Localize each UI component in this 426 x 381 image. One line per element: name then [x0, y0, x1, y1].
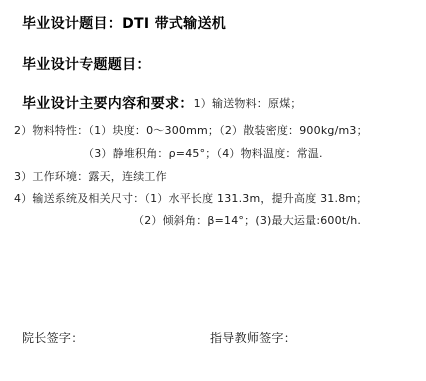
- requirement-item-2: 2）物料特性：（1）块度：0～300mm；（2）散装密度：900kg/m3；: [14, 122, 368, 138]
- project-title-value: DTI 带式输送机: [122, 16, 226, 32]
- requirement-item-3: 3）工作环境：露天，连续工作: [14, 168, 167, 184]
- requirement-item-4: 4）输送系统及相关尺寸：（1）水平长度 131.3m，提升高度 31.8m；: [14, 190, 368, 206]
- requirement-item-2-continued: （3）静堆积角：ρ=45°；（4）物料温度：常温.: [83, 145, 323, 161]
- assignment-sheet: 毕业设计题目：DTI 带式输送机 毕业设计专题题目： 毕业设计主要内容和要求：1…: [0, 0, 426, 381]
- advisor-signature-label: 指导教师签字：: [210, 329, 296, 346]
- dean-signature-label: 院长签字：: [22, 329, 84, 346]
- requirements-heading: 毕业设计主要内容和要求：: [22, 96, 194, 112]
- special-topic-label: 毕业设计专题题目：: [22, 57, 151, 73]
- main-requirements-heading-line: 毕业设计主要内容和要求：1）输送物料：原煤；: [22, 93, 302, 113]
- project-title-label: 毕业设计题目：: [22, 16, 122, 32]
- project-title-line: 毕业设计题目：DTI 带式输送机: [22, 13, 226, 33]
- requirement-item-4-continued: （2）倾斜角：β=14°；(3)最大运量:600t/h.: [133, 212, 361, 228]
- special-topic-line: 毕业设计专题题目：: [22, 54, 151, 74]
- requirement-item-1: 1）输送物料：原煤；: [194, 97, 302, 110]
